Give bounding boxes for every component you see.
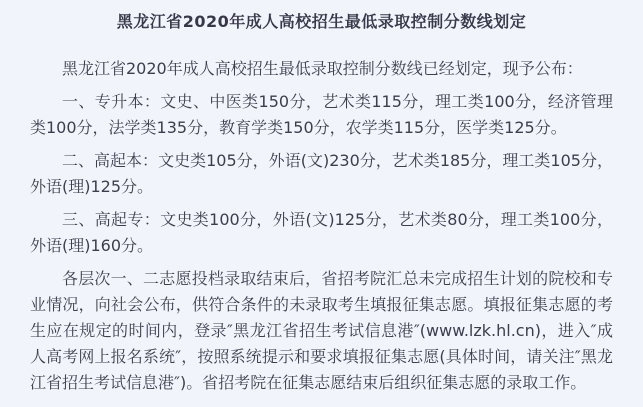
page-title: 黑龙江省2020年成人高校招生最低录取控制分数线划定 [30,12,613,32]
announcement-page: 黑龙江省2020年成人高校招生最低录取控制分数线划定 黑龙江省2020年成人高校… [0,0,643,407]
paragraph-score-line-gaoqiben: 二、高起本：文史类105分，外语(文)230分，艺术类185分，理工类105分，… [30,148,613,200]
paragraph-intro: 黑龙江省2020年成人高校招生最低录取控制分数线已经划定，现予公布： [30,56,613,82]
paragraph-score-line-gaoqizhuan: 三、高起专：文史类100分，外语(文)125分，艺术类80分，理工类100分，外… [30,207,613,259]
paragraph-supplementary-admission: 各层次一、二志愿投档录取结束后，省招考院汇总未完成招生计划的院校和专业情况，向社… [30,266,613,396]
paragraph-score-line-zhuanshengben: 一、专升本：文史、中医类150分，艺术类115分，理工类100分，经济管理类10… [30,89,613,141]
